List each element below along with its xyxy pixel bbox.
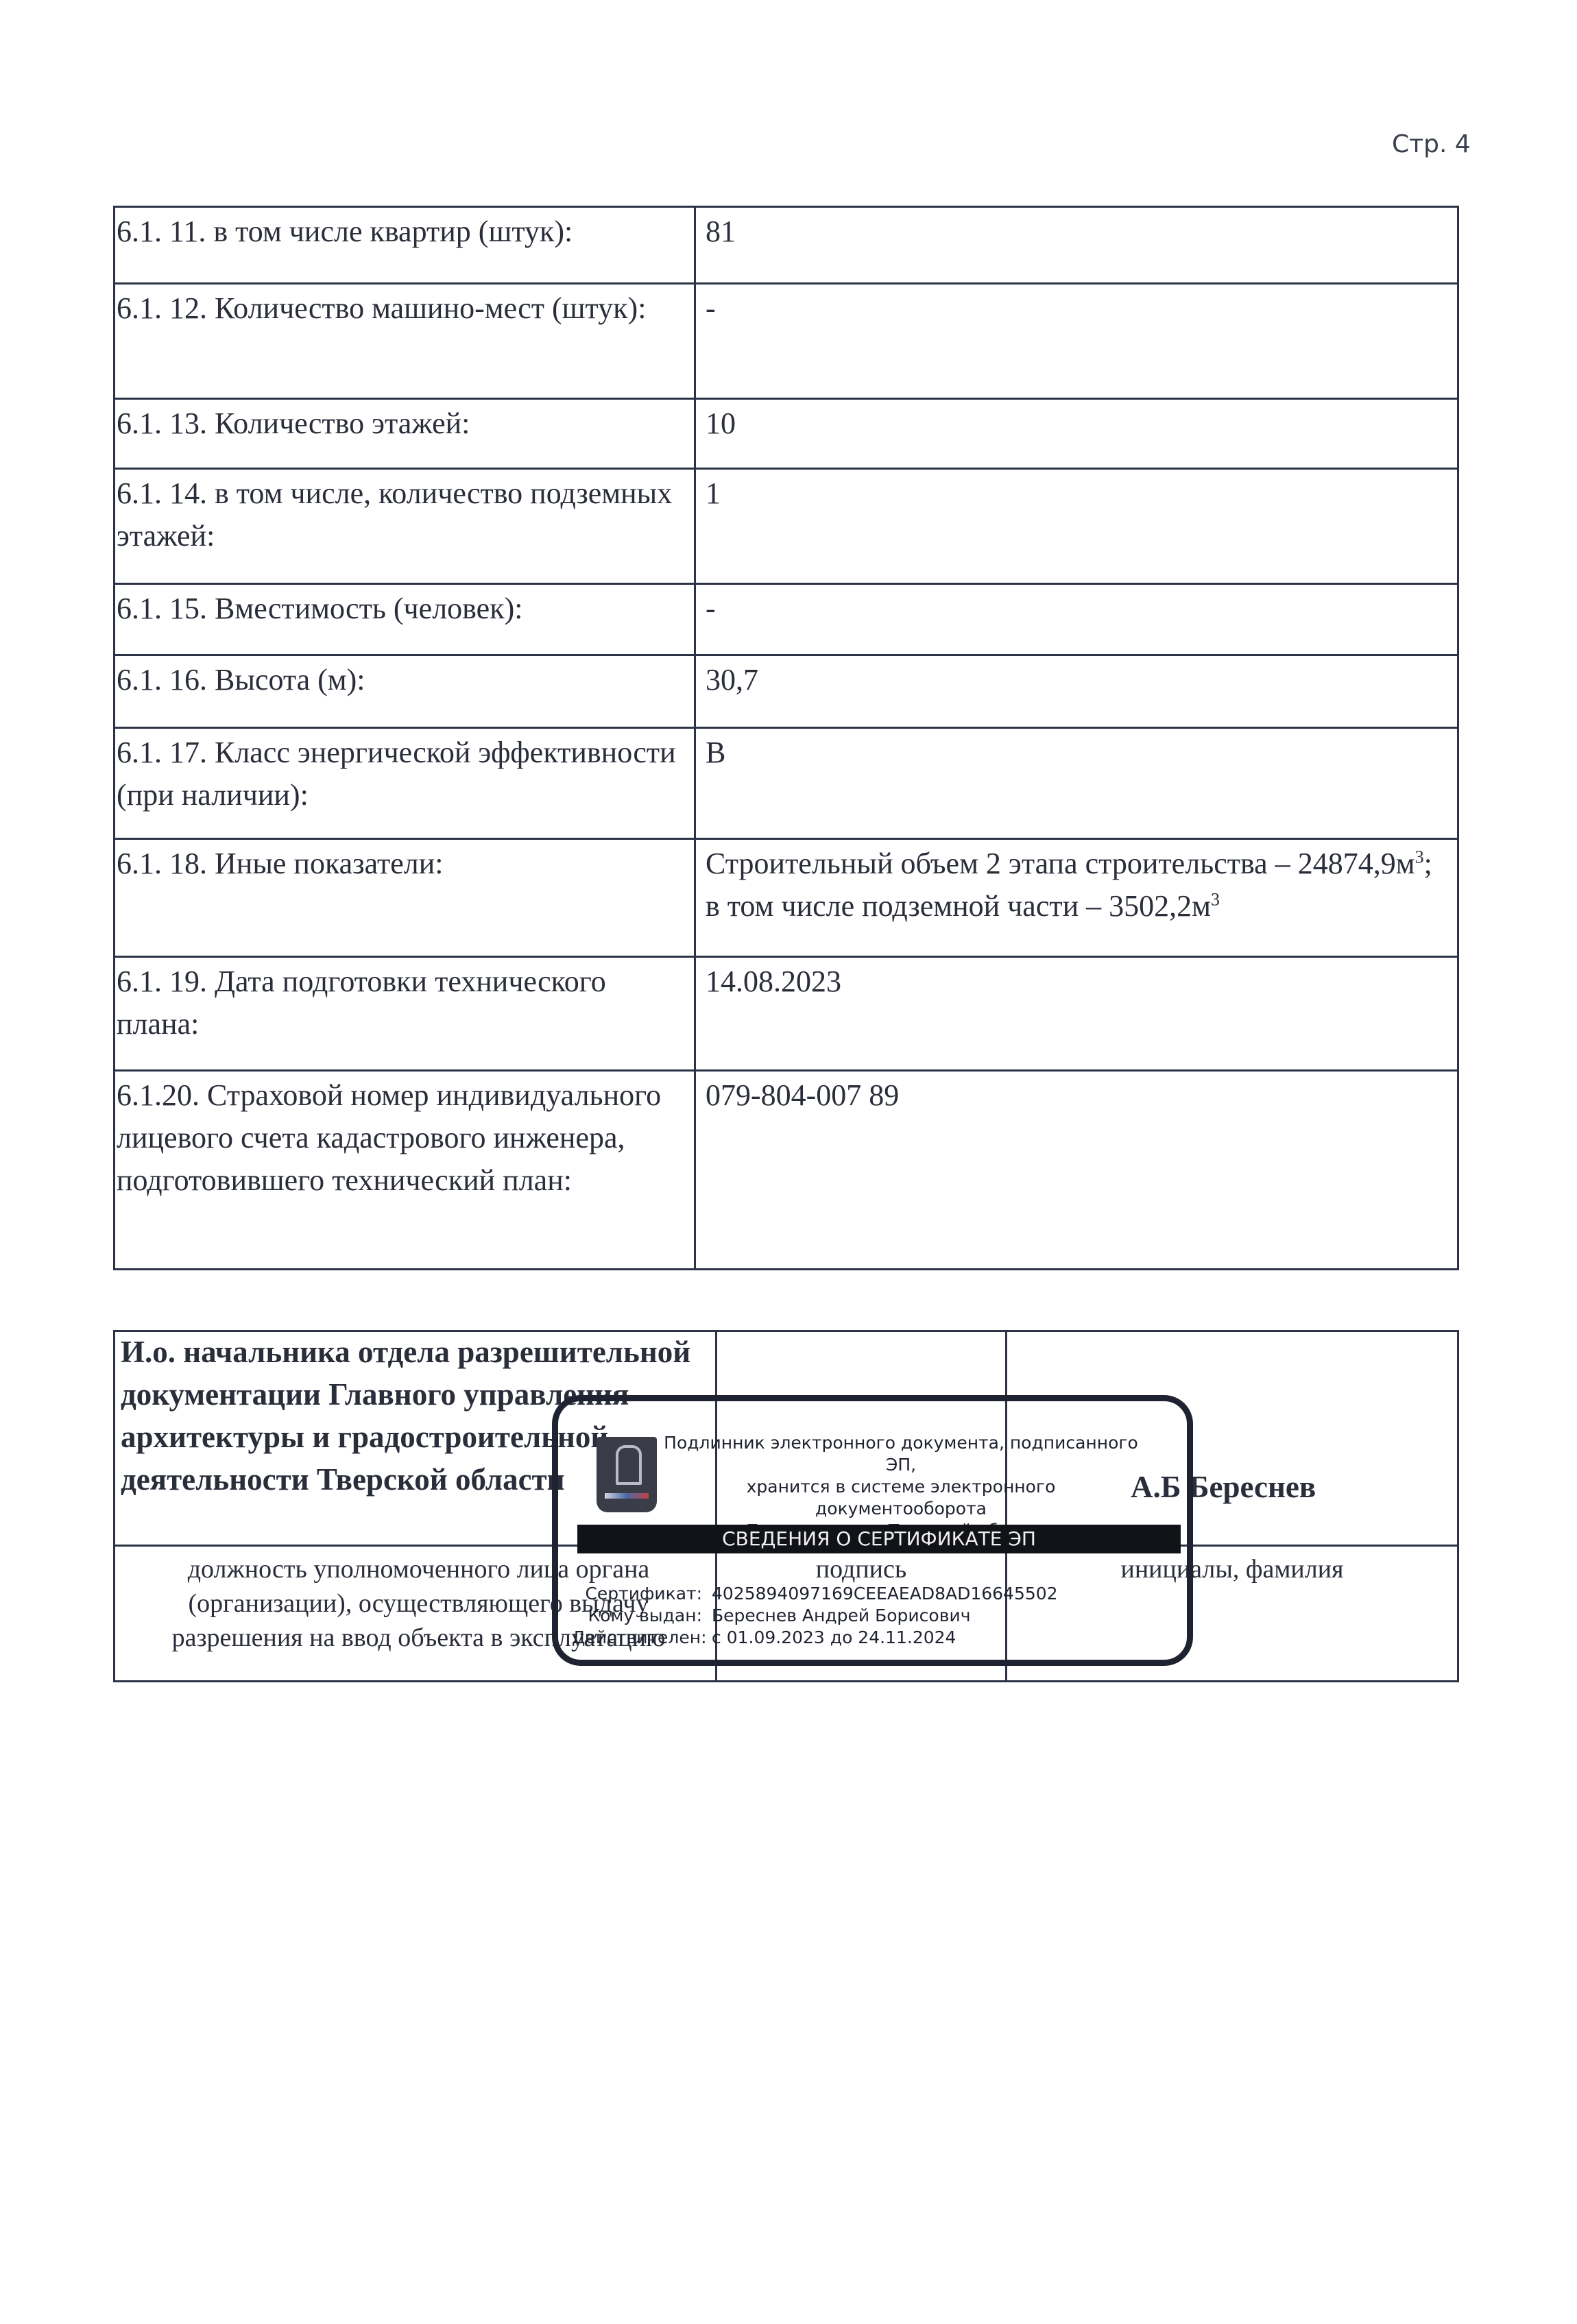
table-row: 6.1. 14. в том числе, количество подземн…	[115, 469, 1458, 584]
certificate-header: СВЕДЕНИЯ О СЕРТИФИКАТЕ ЭП	[577, 1525, 1181, 1553]
superscript: 3	[1211, 889, 1220, 909]
owner-value: Береснев Андрей Борисович	[712, 1605, 970, 1627]
table-row: 6.1.20. Страховой номер индивидуального …	[115, 1071, 1458, 1270]
row-value: Строительный объем 2 этапа строительства…	[695, 839, 1458, 957]
superscript: 3	[1415, 847, 1424, 867]
row-label: 6.1. 11. в том числе квартир (штук):	[115, 207, 695, 284]
table-row: 6.1. 16. Высота (м): 30,7	[115, 655, 1458, 728]
row-label: 6.1. 17. Класс энергической эффективност…	[115, 728, 695, 839]
owner-row: Кому выдан: Береснев Андрей Борисович	[572, 1605, 1058, 1627]
row-label: 6.1. 18. Иные показатели:	[115, 839, 695, 957]
certificate-value: 4025894097169CEEAEAD8AD16645502	[712, 1583, 1058, 1605]
row-value: 30,7	[695, 655, 1458, 728]
row-value: 14.08.2023	[695, 957, 1458, 1071]
table-row: 6.1. 11. в том числе квартир (штук): 81	[115, 207, 1458, 284]
row-value: 079-804-007 89	[695, 1071, 1458, 1270]
electronic-signature-stamp: Подлинник электронного документа, подпис…	[552, 1395, 1193, 1666]
row-label: 6.1. 16. Высота (м):	[115, 655, 695, 728]
row-label: 6.1. 13. Количество этажей:	[115, 399, 695, 469]
table-row: 6.1. 13. Количество этажей: 10	[115, 399, 1458, 469]
row-value: -	[695, 284, 1458, 399]
table-row: 6.1. 19. Дата подготовки технического пл…	[115, 957, 1458, 1071]
row-value: 10	[695, 399, 1458, 469]
certificate-row: Сертификат: 4025894097169CEEAEAD8AD16645…	[572, 1583, 1058, 1605]
tver-coat-of-arms-icon	[597, 1437, 657, 1512]
row-label: 6.1. 15. Вместимость (человек):	[115, 584, 695, 655]
certificate-details: Сертификат: 4025894097169CEEAEAD8AD16645…	[572, 1583, 1058, 1649]
row-value: В	[695, 728, 1458, 839]
row-label: 6.1.20. Страховой номер индивидуального …	[115, 1071, 695, 1270]
table-row: 6.1. 12. Количество машино-мест (штук): …	[115, 284, 1458, 399]
table-row: 6.1. 18. Иные показатели: Строительный о…	[115, 839, 1458, 957]
row-value: -	[695, 584, 1458, 655]
building-parameters-table: 6.1. 11. в том числе квартир (штук): 81 …	[113, 206, 1459, 1270]
table-row: 6.1. 17. Класс энергической эффективност…	[115, 728, 1458, 839]
validity-row: Действителен: с 01.09.2023 до 24.11.2024	[572, 1627, 1058, 1649]
table-row: 6.1. 15. Вместимость (человек): -	[115, 584, 1458, 655]
row-label: 6.1. 12. Количество машино-мест (штук):	[115, 284, 695, 399]
row-value: 1	[695, 469, 1458, 584]
certificate-label: Сертификат:	[572, 1583, 712, 1605]
row-value: 81	[695, 207, 1458, 284]
row-label: 6.1. 19. Дата подготовки технического пл…	[115, 957, 695, 1071]
page-number: Стр. 4	[1392, 130, 1471, 158]
validity-value: с 01.09.2023 до 24.11.2024	[712, 1627, 956, 1649]
stamp-line: Подлинник электронного документа, подпис…	[661, 1432, 1141, 1476]
owner-label: Кому выдан:	[572, 1605, 712, 1627]
stamp-line: хранится в системе электронного документ…	[661, 1476, 1141, 1520]
volume-text: Строительный объем 2 этапа строительства…	[706, 847, 1415, 880]
validity-label: Действителен:	[572, 1627, 712, 1649]
row-label: 6.1. 14. в том числе, количество подземн…	[115, 469, 695, 584]
